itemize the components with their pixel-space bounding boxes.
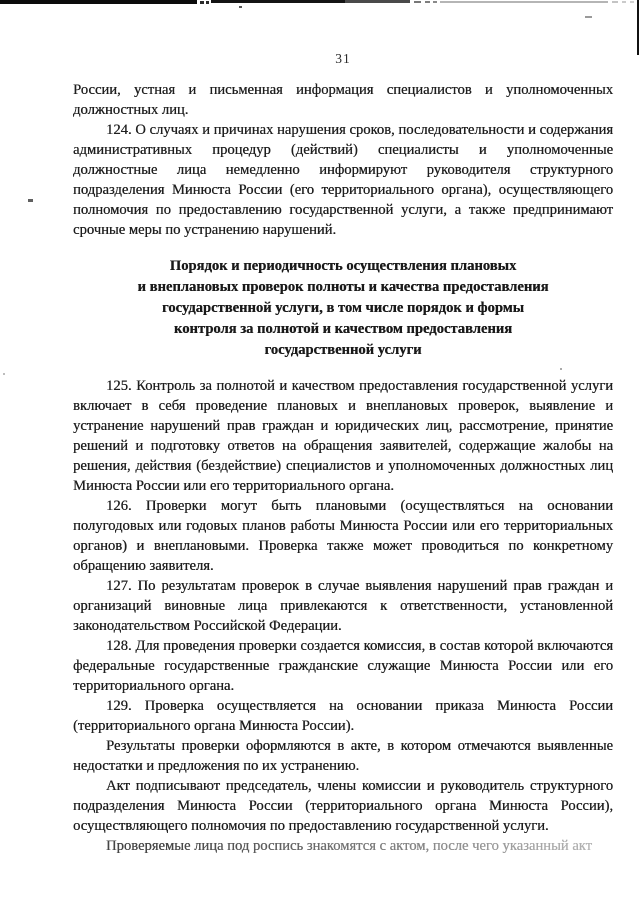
scan-artifact-speck <box>3 373 5 375</box>
scan-artifact-speck <box>239 6 242 8</box>
scan-artifact-dot <box>200 1 204 4</box>
paragraph-127: 127. По результатам проверок в случае вы… <box>73 576 613 636</box>
document-body: России, устная и письменная информация с… <box>73 80 613 856</box>
section-heading-line: и внеплановых проверок полноты и качеств… <box>73 277 613 298</box>
scan-artifact-dash <box>433 1 437 3</box>
paragraph-faded-last-line: Проверяемые лица под роспись знакомятся … <box>73 836 613 856</box>
paragraph-act-signing: Акт подписывают председатель, члены коми… <box>73 776 613 836</box>
scan-artifact-dash <box>425 1 430 3</box>
paragraph-129: 129. Проверка осуществляется на основани… <box>73 696 613 736</box>
scan-artifact-top-bar <box>345 0 410 3</box>
paragraph-128: 128. Для проведения проверки создается к… <box>73 636 613 696</box>
paragraph-126: 126. Проверки могут быть плановыми (осущ… <box>73 496 613 576</box>
section-heading-line: государственной услуги <box>73 340 613 361</box>
scan-artifact-top-bar <box>211 0 345 3</box>
paragraph-results: Результаты проверки оформляются в акте, … <box>73 736 613 776</box>
scan-artifact-right-edge <box>637 0 639 55</box>
scanned-document-page: 31 России, устная и письменная информаци… <box>0 0 640 905</box>
page-number: 31 <box>73 51 613 67</box>
scan-artifact-top-bar <box>0 0 197 4</box>
scan-artifact-dash <box>414 1 421 3</box>
paragraph-continuation: России, устная и письменная информация с… <box>73 80 613 120</box>
scan-artifact-dot <box>206 1 209 4</box>
scan-artifact-speck <box>28 199 33 202</box>
scan-artifact-mark <box>585 16 592 18</box>
paragraph-125: 125. Контроль за полнотой и качеством пр… <box>73 376 613 496</box>
scan-artifact-dash <box>622 1 626 3</box>
section-heading-line: государственной услуги, в том числе поря… <box>73 298 613 319</box>
section-heading-line: Порядок и периодичность осуществления пл… <box>73 256 613 277</box>
section-heading-line: контроля за полнотой и качеством предост… <box>73 319 613 340</box>
scan-artifact-dash <box>612 1 618 3</box>
scan-artifact-dash <box>630 1 634 3</box>
scan-artifact-top-bar <box>440 1 608 3</box>
paragraph-124: 124. О случаях и причинах нарушения срок… <box>73 120 613 240</box>
section-heading: Порядок и периодичность осуществления пл… <box>73 256 613 361</box>
